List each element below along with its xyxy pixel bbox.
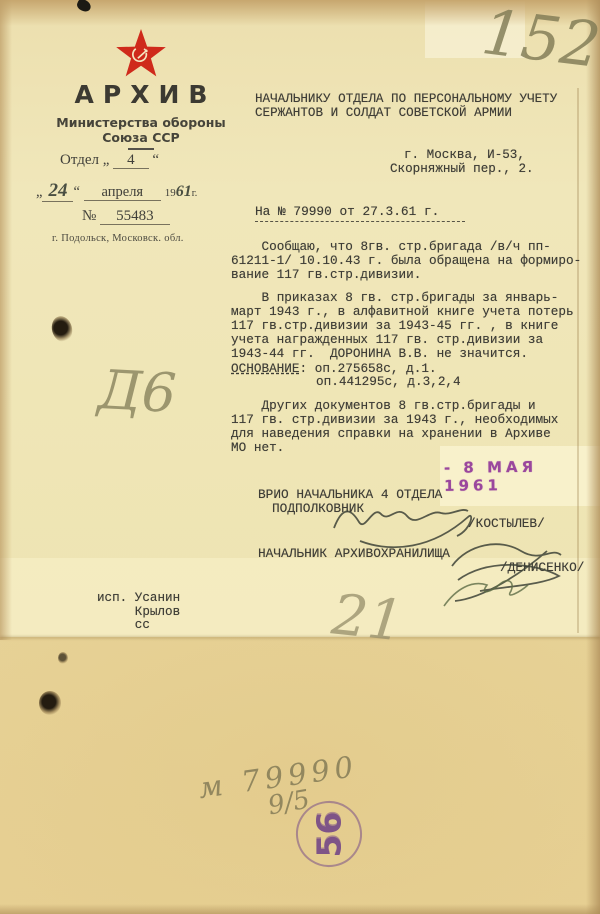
letterhead: АРХИВ Министерства обороны Союза ССР — [38, 28, 244, 150]
org-subtitle-line1: Министерства обороны — [38, 115, 244, 130]
date-stamp: - 8 МАЯ 1961 — [444, 457, 600, 495]
paper-bottom-shade — [0, 904, 600, 914]
recipient-address-line2: Скорняжный пер., 2. — [390, 162, 534, 176]
dept-value: 4 — [113, 152, 149, 169]
handwritten-21: 21 — [329, 582, 407, 654]
sheet-bottom-edge — [0, 636, 600, 639]
punch-hole — [58, 652, 68, 664]
round-stamp-number: 56 — [310, 811, 349, 857]
dept-label: Отдел — [60, 152, 99, 168]
executor-block: исп. Усанин Крылов сс — [97, 592, 180, 633]
org-name: АРХИВ — [47, 80, 244, 109]
signer1-name: /КОСТЫЛЕВ/ — [468, 516, 545, 531]
scanned-archive-letter: АРХИВ Министерства обороны Союза ССР Отд… — [0, 0, 600, 914]
date-year-prefix: 19 — [165, 187, 176, 199]
close-quote: “ — [73, 184, 79, 200]
paper-left-shade — [0, 0, 12, 640]
recipient-address-line1: г. Москва, И-53, — [404, 148, 525, 162]
signer2-name: /ДЕНИСЕНКО/ — [500, 560, 584, 575]
recipient-block: НАЧАЛЬНИКУ ОТДЕЛА ПО ПЕРСОНАЛЬНОМУ УЧЕТУ… — [255, 92, 557, 120]
handwritten-page-number: 152 — [478, 0, 600, 82]
signer1-title: ВРИО НАЧАЛЬНИКА 4 ОТДЕЛА — [258, 487, 442, 502]
close-quote: “ — [152, 152, 159, 168]
red-star-icon — [116, 28, 166, 78]
number-value: 55483 — [100, 208, 170, 225]
reference-line: На № 79990 от 27.3.61 г. — [255, 204, 465, 222]
city-line: г. Подольск, Московск. обл. — [52, 233, 184, 244]
signer1-rank: ПОДПОЛКОВНИК — [272, 501, 364, 516]
body-paragraph-3: Других документов 8 гв.стр.бригады и 117… — [231, 399, 583, 455]
basis-label: ОСНОВАНИЕ — [231, 361, 300, 376]
date-day-handwritten: 24 — [42, 180, 73, 202]
date-year-handwritten: 61 — [176, 183, 192, 200]
number-label: № — [82, 208, 96, 224]
date-month: апреля — [84, 184, 162, 201]
date-suffix: г. — [192, 188, 197, 199]
letterhead-rule — [128, 148, 154, 150]
dept-line: Отдел „ 4 “ — [60, 152, 159, 169]
signer2-title: НАЧАЛЬНИК АРХИВОХРАНИЛИЩА — [258, 546, 450, 561]
date-line: „24“ апреля 1961г. — [36, 180, 197, 202]
basis-line-2: оп.441295с, д.3,2,4 — [316, 374, 461, 389]
body-paragraph-2: В приказах 8 гв. стр.бригады за январь- … — [231, 291, 583, 361]
handwritten-d6: Д6 — [96, 358, 177, 425]
body-paragraph-1: Сообщаю, что 8гв. стр.бригада /в/ч пп- 6… — [231, 240, 583, 282]
number-line: № 55483 — [82, 208, 170, 225]
org-subtitle-line2: Союза ССР — [38, 130, 244, 145]
open-quote: „ — [103, 152, 110, 168]
punch-hole — [39, 691, 61, 715]
